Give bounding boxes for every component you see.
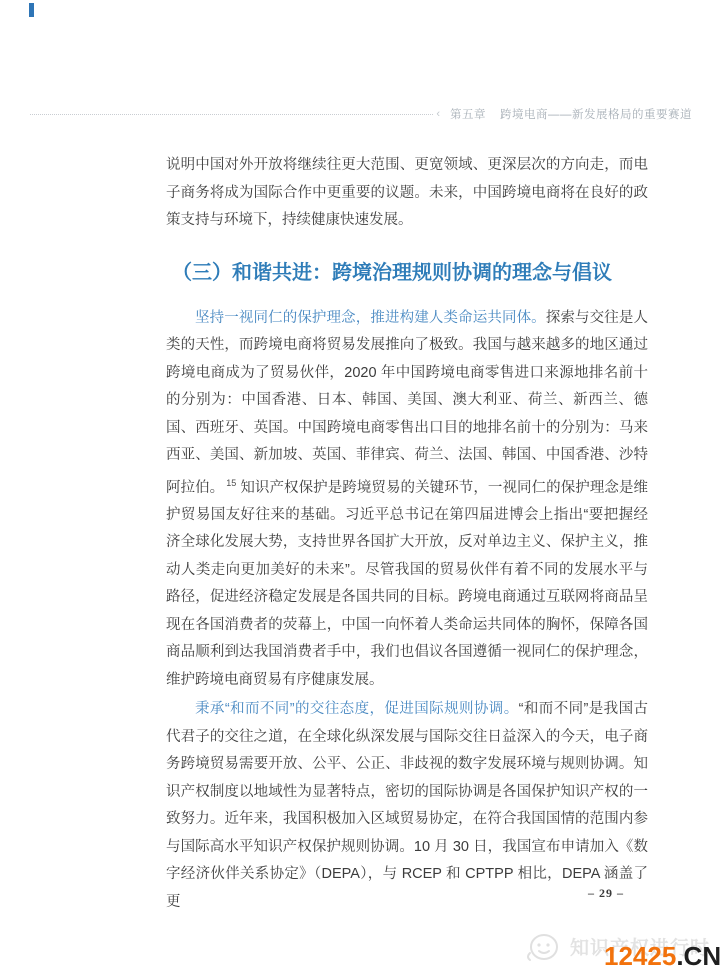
site-watermark: 知识产权进行时 12425.CN [520, 924, 720, 976]
watermark-domain: 12425.CN [604, 941, 720, 972]
page-number: – 29 – [556, 886, 656, 901]
document-page: ‹ 第五章跨境电商——新发展格局的重要赛道 说明中国对外开放将继续往更大范围、更… [0, 0, 720, 977]
paragraph-lead-sentence: 秉承“和而不同”的交往态度，促进国际规则协调。 [195, 701, 519, 717]
paragraph-protection-principle: 坚持一视同仁的保护理念，推进构建人类命运共同体。探索与交往是人类的天性，而跨境电… [166, 305, 648, 695]
chapter-header: 第五章跨境电商——新发展格局的重要赛道 [450, 106, 692, 122]
paragraph-continuation: 说明中国对外开放将继续往更大范围、更宽领域、更深层次的方向走，而电子商务将成为国… [166, 152, 648, 235]
paragraph-text: 探索与交往是人类的天性，而跨境电商将贸易发展推向了极致。我国与越来越多的地区通过… [166, 310, 648, 496]
running-header: ‹ 第五章跨境电商——新发展格局的重要赛道 [30, 106, 692, 122]
chapter-label: 第五章 [450, 109, 486, 121]
paragraph-lead-sentence: 坚持一视同仁的保护理念，推进构建人类命运共同体。 [195, 310, 546, 326]
paragraph-harmony-rules: 秉承“和而不同”的交往态度，促进国际规则协调。“和而不同”是我国古代君子的交往之… [166, 696, 648, 916]
paragraph-text: 知识产权保护是跨境贸易的关键环节，一视同仁的保护理念是维护贸易国友好往来的基础。… [166, 479, 648, 688]
page-body: 说明中国对外开放将继续往更大范围、更宽领域、更深层次的方向走，而电子商务将成为国… [166, 152, 648, 916]
chapter-title: 跨境电商——新发展格局的重要赛道 [500, 109, 692, 121]
section-heading: （三）和谐共进：跨境治理规则协调的理念与倡议 [172, 260, 648, 286]
header-dotted-rule [30, 114, 433, 115]
paragraph-text: “和而不同”是我国古代君子的交往之道，在全球化纵深发展与国际交往日益深入的今天，… [166, 701, 648, 910]
cat-face-logo-icon [524, 929, 564, 965]
chevron-left-icon: ‹ [436, 109, 440, 120]
watermark-domain-number: 12425 [604, 941, 676, 971]
page-corner-mark [29, 3, 34, 17]
footnote-marker: 15 [226, 478, 236, 488]
watermark-domain-suffix: .CN [676, 941, 720, 971]
